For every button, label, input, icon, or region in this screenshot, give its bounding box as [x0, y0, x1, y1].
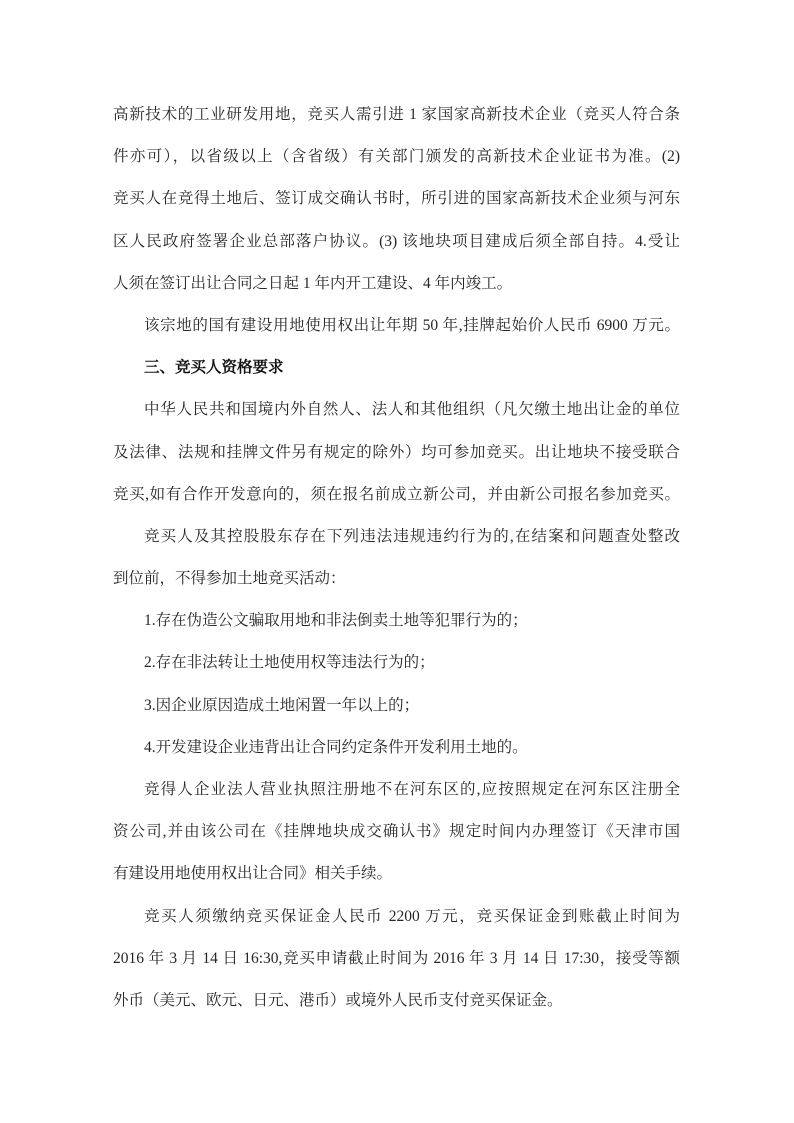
text-line: 区人民政府签署企业总部落户协议。(3) 该地块项目建成后须全部自持。4.受让	[113, 221, 680, 263]
text-line: 高新技术的工业研发用地，竞买人需引进 1 家国家高新技术企业（竞买人符合条	[113, 94, 680, 136]
list-item: 3.因企业原因造成土地闲置一年以上的；	[113, 685, 680, 727]
list-item: 4.开发建设企业违背出让合同约定条件开发利用土地的。	[113, 727, 680, 769]
text-line: 竞买人须缴纳竞买保证金人民币 2200 万元，竞买保证金到账截止时间为	[113, 896, 680, 938]
text-line: 有建设用地使用权出让合同》相关手续。	[113, 853, 680, 895]
text-line: 及法律、法规和挂牌文件另有规定的除外）均可参加竞买。出让地块不接受联合	[113, 432, 680, 474]
text-line: 外币（美元、欧元、日元、港币）或境外人民币支付竞买保证金。	[113, 980, 680, 1022]
text-line: 2016 年 3 月 14 日 16:30,竞买申请截止时间为 2016 年 3…	[113, 938, 680, 980]
text-line: 资公司,并由该公司在《挂牌地块成交确认书》规定时间内办理签订《天津市国	[113, 811, 680, 853]
text-line: 竞买人及其控股股东存在下列违法违规违约行为的,在结案和问题查处整改	[113, 516, 680, 558]
text-line: 竞买人在竞得土地后、签订成交确认书时，所引进的国家高新技术企业须与河东	[113, 178, 680, 220]
section-heading: 三、竞买人资格要求	[113, 347, 680, 389]
document-body: 高新技术的工业研发用地，竞买人需引进 1 家国家高新技术企业（竞买人符合条 件亦…	[113, 94, 680, 1022]
list-item: 2.存在非法转让土地使用权等违法行为的；	[113, 642, 680, 684]
document-page: 高新技术的工业研发用地，竞买人需引进 1 家国家高新技术企业（竞买人符合条 件亦…	[0, 0, 794, 1123]
text-line: 人须在签订出让合同之日起 1 年内开工建设、4 年内竣工。	[113, 263, 680, 305]
text-line: 件亦可），以省级以上（含省级）有关部门颁发的高新技术企业证书为准。(2)	[113, 136, 680, 178]
text-line: 竞得人企业法人营业执照注册地不在河东区的,应按照规定在河东区注册全	[113, 769, 680, 811]
text-line: 竞买,如有合作开发意向的，须在报名前成立新公司，并由新公司报名参加竞买。	[113, 474, 680, 516]
text-line: 到位前，不得参加土地竞买活动：	[113, 558, 680, 600]
text-line: 该宗地的国有建设用地使用权出让年期 50 年,挂牌起始价人民币 6900 万元。	[113, 305, 680, 347]
list-item: 1.存在伪造公文骗取用地和非法倒卖土地等犯罪行为的；	[113, 600, 680, 642]
text-line: 中华人民共和国境内外自然人、法人和其他组织（凡欠缴土地出让金的单位	[113, 389, 680, 431]
